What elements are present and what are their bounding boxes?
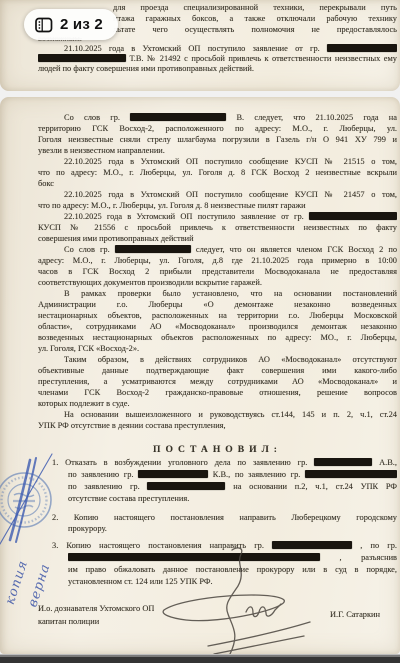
page-counter-pill: 2 из 2 bbox=[24, 9, 118, 40]
document-photo-page-2[interactable] bbox=[0, 97, 400, 654]
page-counter-icon bbox=[35, 17, 53, 33]
page-counter-label: 2 из 2 bbox=[60, 16, 103, 33]
viewer-bottom-bar bbox=[0, 654, 400, 663]
photo-viewer: для проезда специализированной техники, … bbox=[0, 0, 400, 663]
